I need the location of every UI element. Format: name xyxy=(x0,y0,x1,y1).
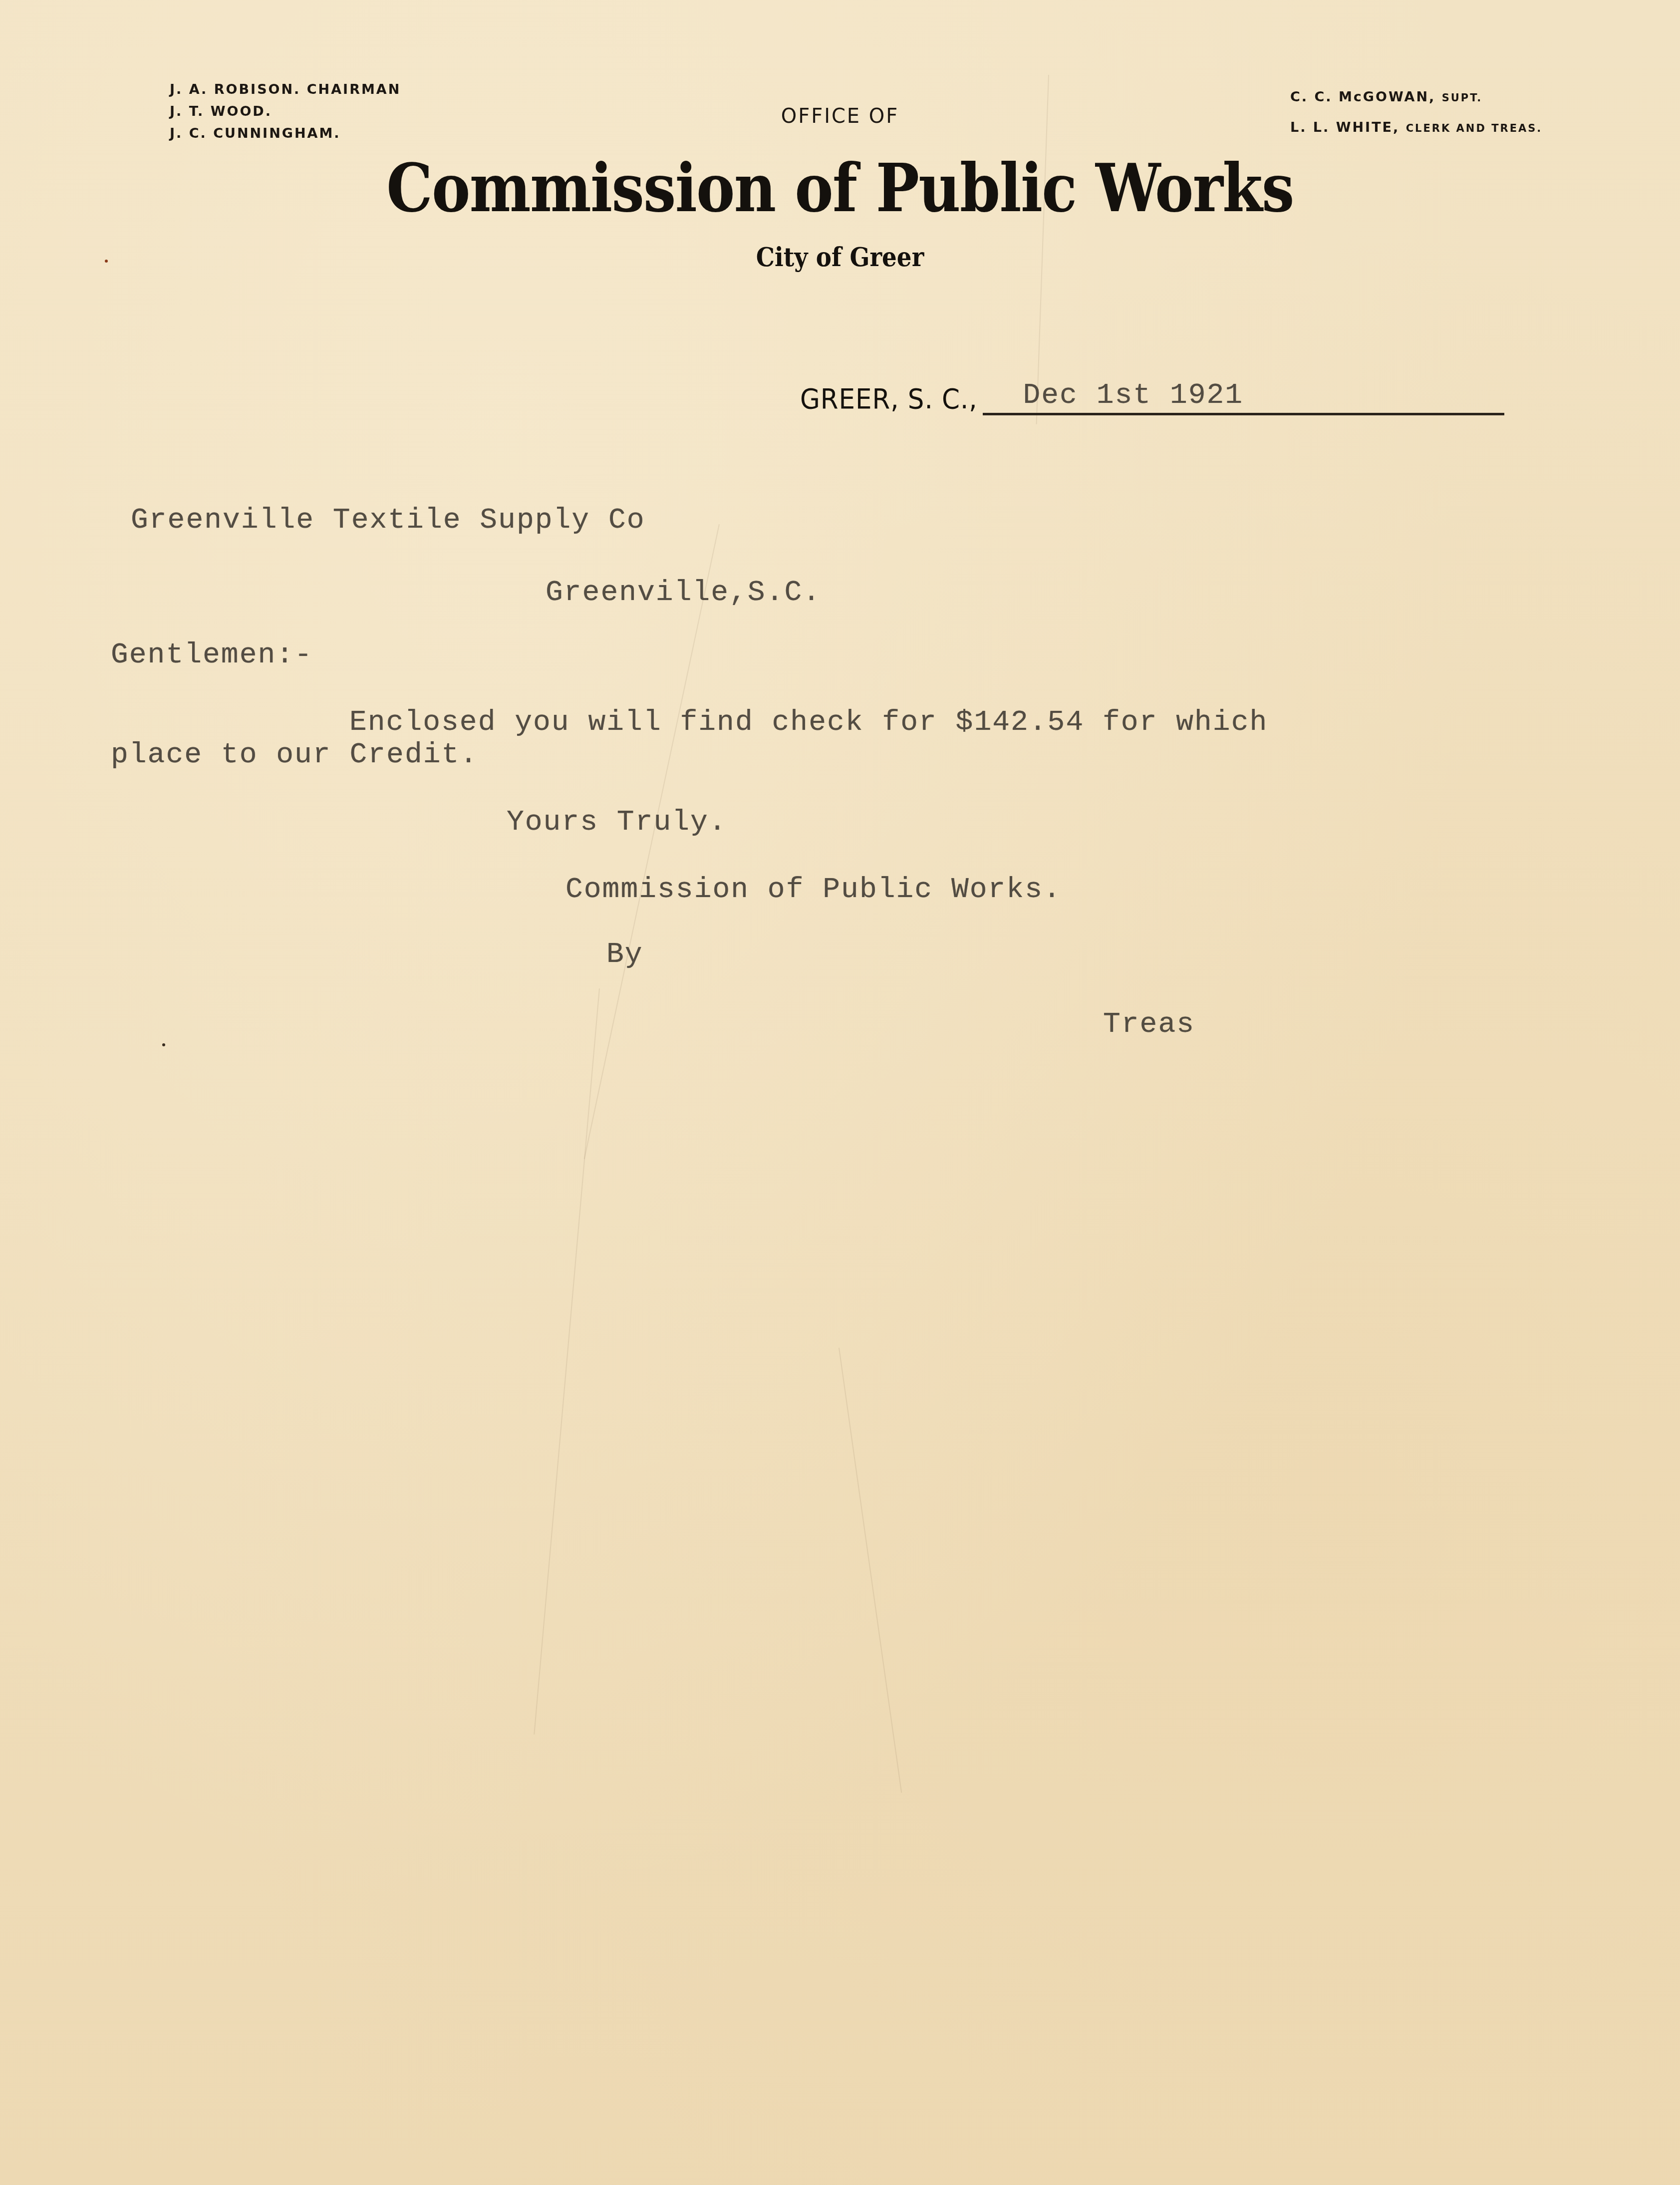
salutation: Gentlemen:- xyxy=(111,639,313,671)
date-field: Dec 1st 1921 xyxy=(983,382,1504,415)
officer-name: J. C. CUNNINGHAM. xyxy=(170,126,341,141)
officer-name: C. C. McGOWAN, xyxy=(1290,89,1435,105)
office-of-label: OFFICE OF xyxy=(0,105,1680,128)
officer-name: J. A. ROBISON. xyxy=(170,82,300,97)
officer-role: CHAIRMAN xyxy=(307,82,401,97)
letterhead-subtitle: City of Greer xyxy=(84,242,1596,273)
officer-role: SUPT. xyxy=(1442,92,1483,104)
body-paragraph-line: place to our Credit. xyxy=(111,739,478,771)
officer-entry: J. A. ROBISON. CHAIRMAN xyxy=(170,79,401,101)
letterhead-title: Commission of Public Works xyxy=(101,150,1579,227)
addressee-name: Greenville Textile Supply Co xyxy=(131,504,645,537)
addressee-city: Greenville,S.C. xyxy=(546,577,821,609)
by-label: By xyxy=(606,938,643,971)
paper-background xyxy=(0,0,1680,2185)
signature-organization: Commission of Public Works. xyxy=(565,874,1062,906)
ink-speck xyxy=(162,1043,165,1046)
place-label: GREER, S. C., xyxy=(800,383,978,415)
letter-date: Dec 1st 1921 xyxy=(1023,379,1243,412)
body-paragraph-line: Enclosed you will find check for $142.54… xyxy=(349,706,1268,739)
place-date-line: GREER, S. C., Dec 1st 1921 xyxy=(800,382,1504,415)
signature-title: Treas xyxy=(1103,1008,1195,1041)
closing: Yours Truly. xyxy=(507,806,727,839)
